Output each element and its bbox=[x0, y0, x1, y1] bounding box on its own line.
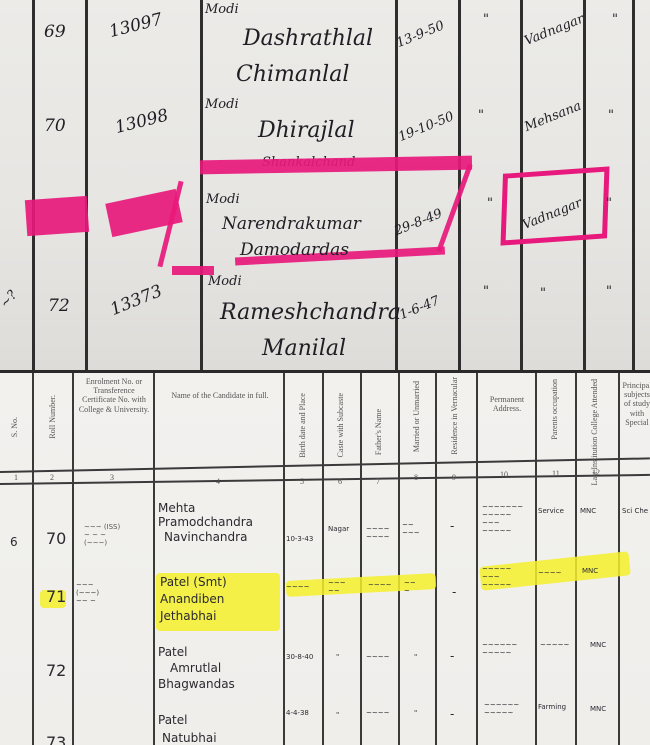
ditto-mark: " bbox=[336, 653, 339, 661]
column-divider bbox=[32, 0, 35, 370]
column-divider bbox=[535, 373, 537, 745]
roll-number: 73 bbox=[46, 733, 66, 745]
father-scribble: ~~~~ bbox=[366, 653, 389, 661]
pink-highlight-mark bbox=[25, 196, 89, 236]
place: Vadnagar bbox=[522, 12, 586, 49]
residence: - bbox=[452, 585, 456, 599]
column-divider bbox=[360, 373, 362, 745]
address-scribble: ~~~~~~~~~~~ bbox=[484, 701, 519, 717]
name-line: Amrutlal bbox=[170, 661, 221, 675]
ditto-mark: " bbox=[608, 108, 614, 123]
column-header: Caste with Subcaste bbox=[336, 393, 345, 457]
roll-number: 70 bbox=[46, 529, 66, 548]
college: MNC bbox=[590, 705, 606, 713]
enrolment-scribble: ~~~ (ISS)~ ~ ~(~~~) bbox=[84, 523, 120, 547]
ditto-mark: " bbox=[483, 284, 489, 299]
name-line: Patel bbox=[158, 713, 187, 727]
name-line: Natubhai bbox=[162, 731, 217, 745]
address-scribble: ~~~~~~~~~~~~~ bbox=[482, 565, 511, 589]
place: Mehsana bbox=[522, 99, 583, 135]
name-line: Anandiben bbox=[160, 592, 224, 606]
caste: Nagar bbox=[328, 525, 349, 533]
birth-scribble: ~~~~ bbox=[286, 583, 309, 591]
column-number: 10 bbox=[500, 470, 508, 479]
bottom-register-scan: S. No. Roll Number. Enrolment No. or Tra… bbox=[0, 370, 650, 745]
column-header: S. No. bbox=[10, 417, 19, 437]
occupation-scribble: ~~~~ bbox=[538, 569, 561, 577]
name-line: Bhagwandas bbox=[158, 677, 235, 691]
column-divider bbox=[398, 373, 400, 745]
serial-number: 72 bbox=[48, 296, 70, 316]
surname: Modi bbox=[206, 192, 240, 207]
column-divider bbox=[632, 0, 635, 370]
enrolment-scribble: ~~~(~~~)~~ ~ bbox=[76, 581, 99, 605]
ditto-mark: " bbox=[540, 286, 546, 301]
column-divider bbox=[32, 373, 34, 745]
name-line: Mehta bbox=[158, 501, 195, 515]
residence: - bbox=[450, 707, 454, 721]
birth-date: 19-10-50 bbox=[396, 109, 456, 145]
column-header: Parents occupation bbox=[550, 379, 559, 440]
ditto-mark: " bbox=[606, 284, 612, 299]
birth-date: 13-9-50 bbox=[394, 18, 446, 51]
ditto-mark: " bbox=[478, 108, 484, 123]
name-line-2: Damodardas bbox=[240, 240, 349, 260]
birth-date: 1-6-47 bbox=[397, 293, 441, 323]
college: MNC bbox=[582, 567, 598, 575]
serial-number: 6 bbox=[10, 535, 18, 549]
column-divider bbox=[200, 0, 203, 370]
column-divider bbox=[85, 0, 88, 370]
surname: Modi bbox=[205, 97, 239, 112]
ditto-mark: " bbox=[487, 196, 493, 211]
enrolment-number: 13097 bbox=[107, 10, 164, 42]
column-header: Father's Name bbox=[374, 409, 383, 455]
occupation: Service bbox=[538, 507, 564, 515]
name-line-1: Dhirajlal bbox=[258, 118, 355, 143]
roll-number: 72 bbox=[46, 661, 66, 680]
surname: Modi bbox=[205, 2, 239, 17]
name-line: Patel (Smt) bbox=[160, 575, 227, 589]
column-header: Enrolment No. or Transference Certificat… bbox=[78, 377, 150, 414]
name-line-1: Narendrakumar bbox=[222, 214, 361, 234]
column-header: Permanent Address. bbox=[482, 395, 532, 413]
column-number: 2 bbox=[50, 473, 54, 482]
ditto-mark: " bbox=[606, 196, 612, 211]
column-number: 1 bbox=[14, 473, 18, 482]
column-header: Married or Unmarried bbox=[412, 381, 421, 452]
column-divider bbox=[476, 373, 478, 745]
column-header: Residence in Vernacular bbox=[450, 377, 459, 455]
birth-date: 29-8-49 bbox=[392, 206, 444, 239]
married-scribble: ~~~ bbox=[404, 579, 416, 595]
birth-date: 10-3-43 bbox=[286, 535, 313, 543]
father-name-scribble: ~~~~~~~~ bbox=[366, 525, 389, 541]
column-header: Principal subjects of study with Special bbox=[620, 381, 650, 427]
column-number: 4 bbox=[216, 477, 220, 486]
name-line-1: Rameshchandra bbox=[220, 300, 401, 325]
name-line-2: Chimanlal bbox=[236, 62, 349, 87]
pink-highlight-mark bbox=[436, 164, 472, 252]
pink-highlight-mark bbox=[200, 156, 472, 175]
top-register-scan: 69 13097 Modi Dashrathlal Chimanlal 13-9… bbox=[0, 0, 650, 370]
column-header: Roll Number. bbox=[48, 395, 57, 439]
ditto-mark: " bbox=[414, 653, 417, 661]
name-line: Pramodchandra bbox=[158, 515, 253, 529]
name-line: Patel bbox=[158, 645, 187, 659]
roll-number: 71 bbox=[46, 587, 66, 606]
column-number: 11 bbox=[552, 469, 560, 478]
enrolment-number: 13373 bbox=[108, 281, 166, 320]
college: MNC bbox=[580, 507, 596, 515]
column-number: 5 bbox=[300, 477, 304, 486]
column-number: 8 bbox=[414, 473, 418, 482]
married-scribble: ~~~~~ bbox=[402, 521, 420, 537]
column-number: 9 bbox=[452, 473, 456, 482]
column-divider bbox=[283, 373, 285, 745]
column-number: 6 bbox=[338, 477, 342, 486]
ditto-mark: " bbox=[336, 711, 339, 719]
column-divider bbox=[322, 373, 324, 745]
serial-number: 69 bbox=[44, 22, 66, 42]
margin-note: ~? bbox=[0, 288, 20, 311]
address-scribble: ~~~~~~~~~~~ bbox=[482, 641, 517, 657]
name-line: Jethabhai bbox=[160, 609, 217, 623]
surname: Modi bbox=[208, 274, 242, 289]
column-number: 7 bbox=[376, 477, 380, 486]
residence: - bbox=[450, 649, 454, 663]
address-scribble: ~~~~~~~~~~~~~~~~~~~~ bbox=[482, 503, 523, 535]
college: MNC bbox=[590, 641, 606, 649]
birth-date: 30-8-40 bbox=[286, 653, 313, 661]
birth-date: 4-4-38 bbox=[286, 709, 309, 717]
father-scribble: ~~~~ bbox=[366, 709, 389, 717]
column-divider bbox=[435, 373, 437, 745]
caste-scribble: ~~~~~ bbox=[328, 579, 346, 595]
serial-number: 70 bbox=[44, 116, 66, 136]
father-scribble: ~~~~ bbox=[368, 581, 391, 589]
name-line-1: Dashrathlal bbox=[243, 26, 373, 51]
enrolment-number: 13098 bbox=[113, 106, 170, 138]
name-line-2: Manilal bbox=[262, 336, 346, 361]
ditto-mark: " bbox=[612, 12, 618, 27]
column-number: 12 bbox=[592, 468, 600, 477]
column-header: Birth date and Place bbox=[298, 393, 307, 458]
column-divider bbox=[153, 373, 155, 745]
column-divider bbox=[72, 373, 74, 745]
occupation: Farming bbox=[538, 703, 566, 711]
ditto-mark: " bbox=[414, 709, 417, 717]
name-line: Navinchandra bbox=[164, 530, 247, 544]
subjects: Sci Che bbox=[622, 507, 648, 515]
column-header: Name of the Candidate in full. bbox=[165, 391, 275, 400]
column-number: 3 bbox=[110, 473, 114, 482]
occupation-scribble: ~~~~~ bbox=[540, 641, 569, 649]
residence: - bbox=[450, 519, 454, 533]
ditto-mark: " bbox=[483, 12, 489, 27]
